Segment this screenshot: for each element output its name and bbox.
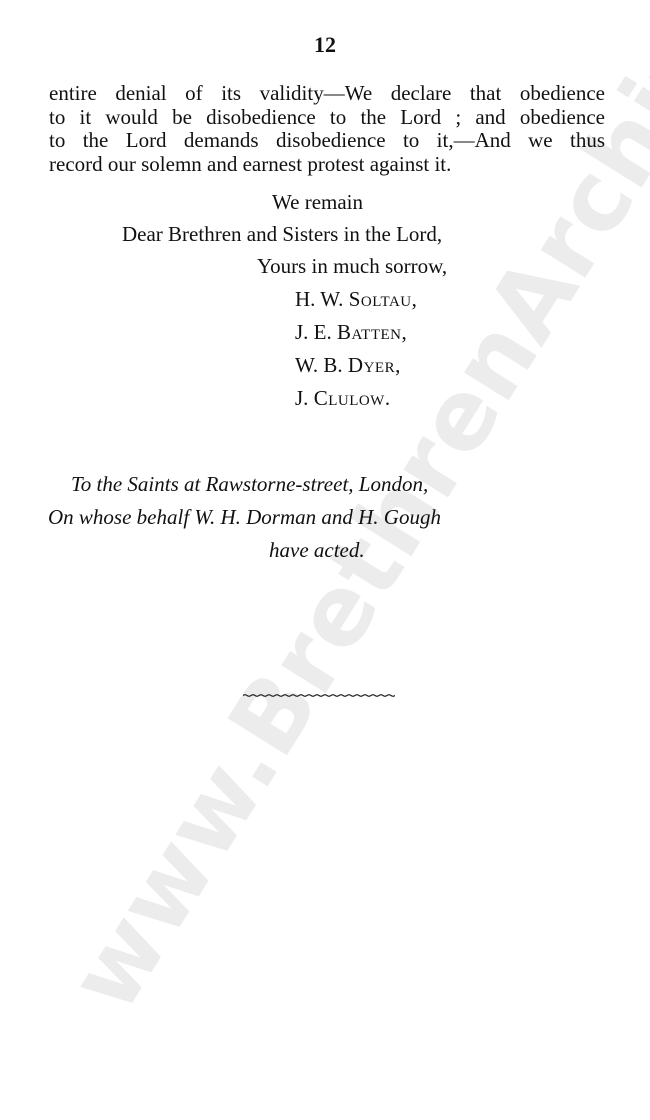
signatory-initials: J. xyxy=(295,386,308,410)
body-line: record our solemn and earnest protest ag… xyxy=(49,153,605,177)
closing-valediction: Yours in much sorrow, xyxy=(257,254,447,279)
body-line: to it would be disobedience to the Lord … xyxy=(49,106,605,130)
signatory: W. B. Dyer, xyxy=(295,353,401,378)
closing-salutation: Dear Brethren and Sisters in the Lord, xyxy=(122,222,442,247)
body-paragraph: entire denial of its validity—We declare… xyxy=(49,82,605,176)
signatory-initials: H. W. xyxy=(295,287,343,311)
body-line: entire denial of its validity—We declare… xyxy=(49,82,605,106)
address-line: To the Saints at Rawstorne-street, Londo… xyxy=(71,472,428,497)
closing-we-remain: We remain xyxy=(272,190,363,215)
signatory-initials: W. B. xyxy=(295,353,343,377)
address-line: have acted. xyxy=(269,538,365,563)
signatory-surname: Batten, xyxy=(337,320,407,344)
address-line: On whose behalf W. H. Dorman and H. Goug… xyxy=(48,505,441,530)
signatory: H. W. Soltau, xyxy=(295,287,417,312)
signatory-surname: Clulow. xyxy=(314,386,391,410)
signatory-surname: Dyer, xyxy=(348,353,401,377)
decorative-wavy-rule xyxy=(243,694,395,697)
signatory-surname: Soltau, xyxy=(349,287,418,311)
signatory: J. E. Batten, xyxy=(295,320,407,345)
page-number: 12 xyxy=(0,32,650,58)
body-line: to the Lord demands disobedience to it,—… xyxy=(49,129,605,153)
signatory-initials: J. E. xyxy=(295,320,332,344)
signatory: J. Clulow. xyxy=(295,386,391,411)
